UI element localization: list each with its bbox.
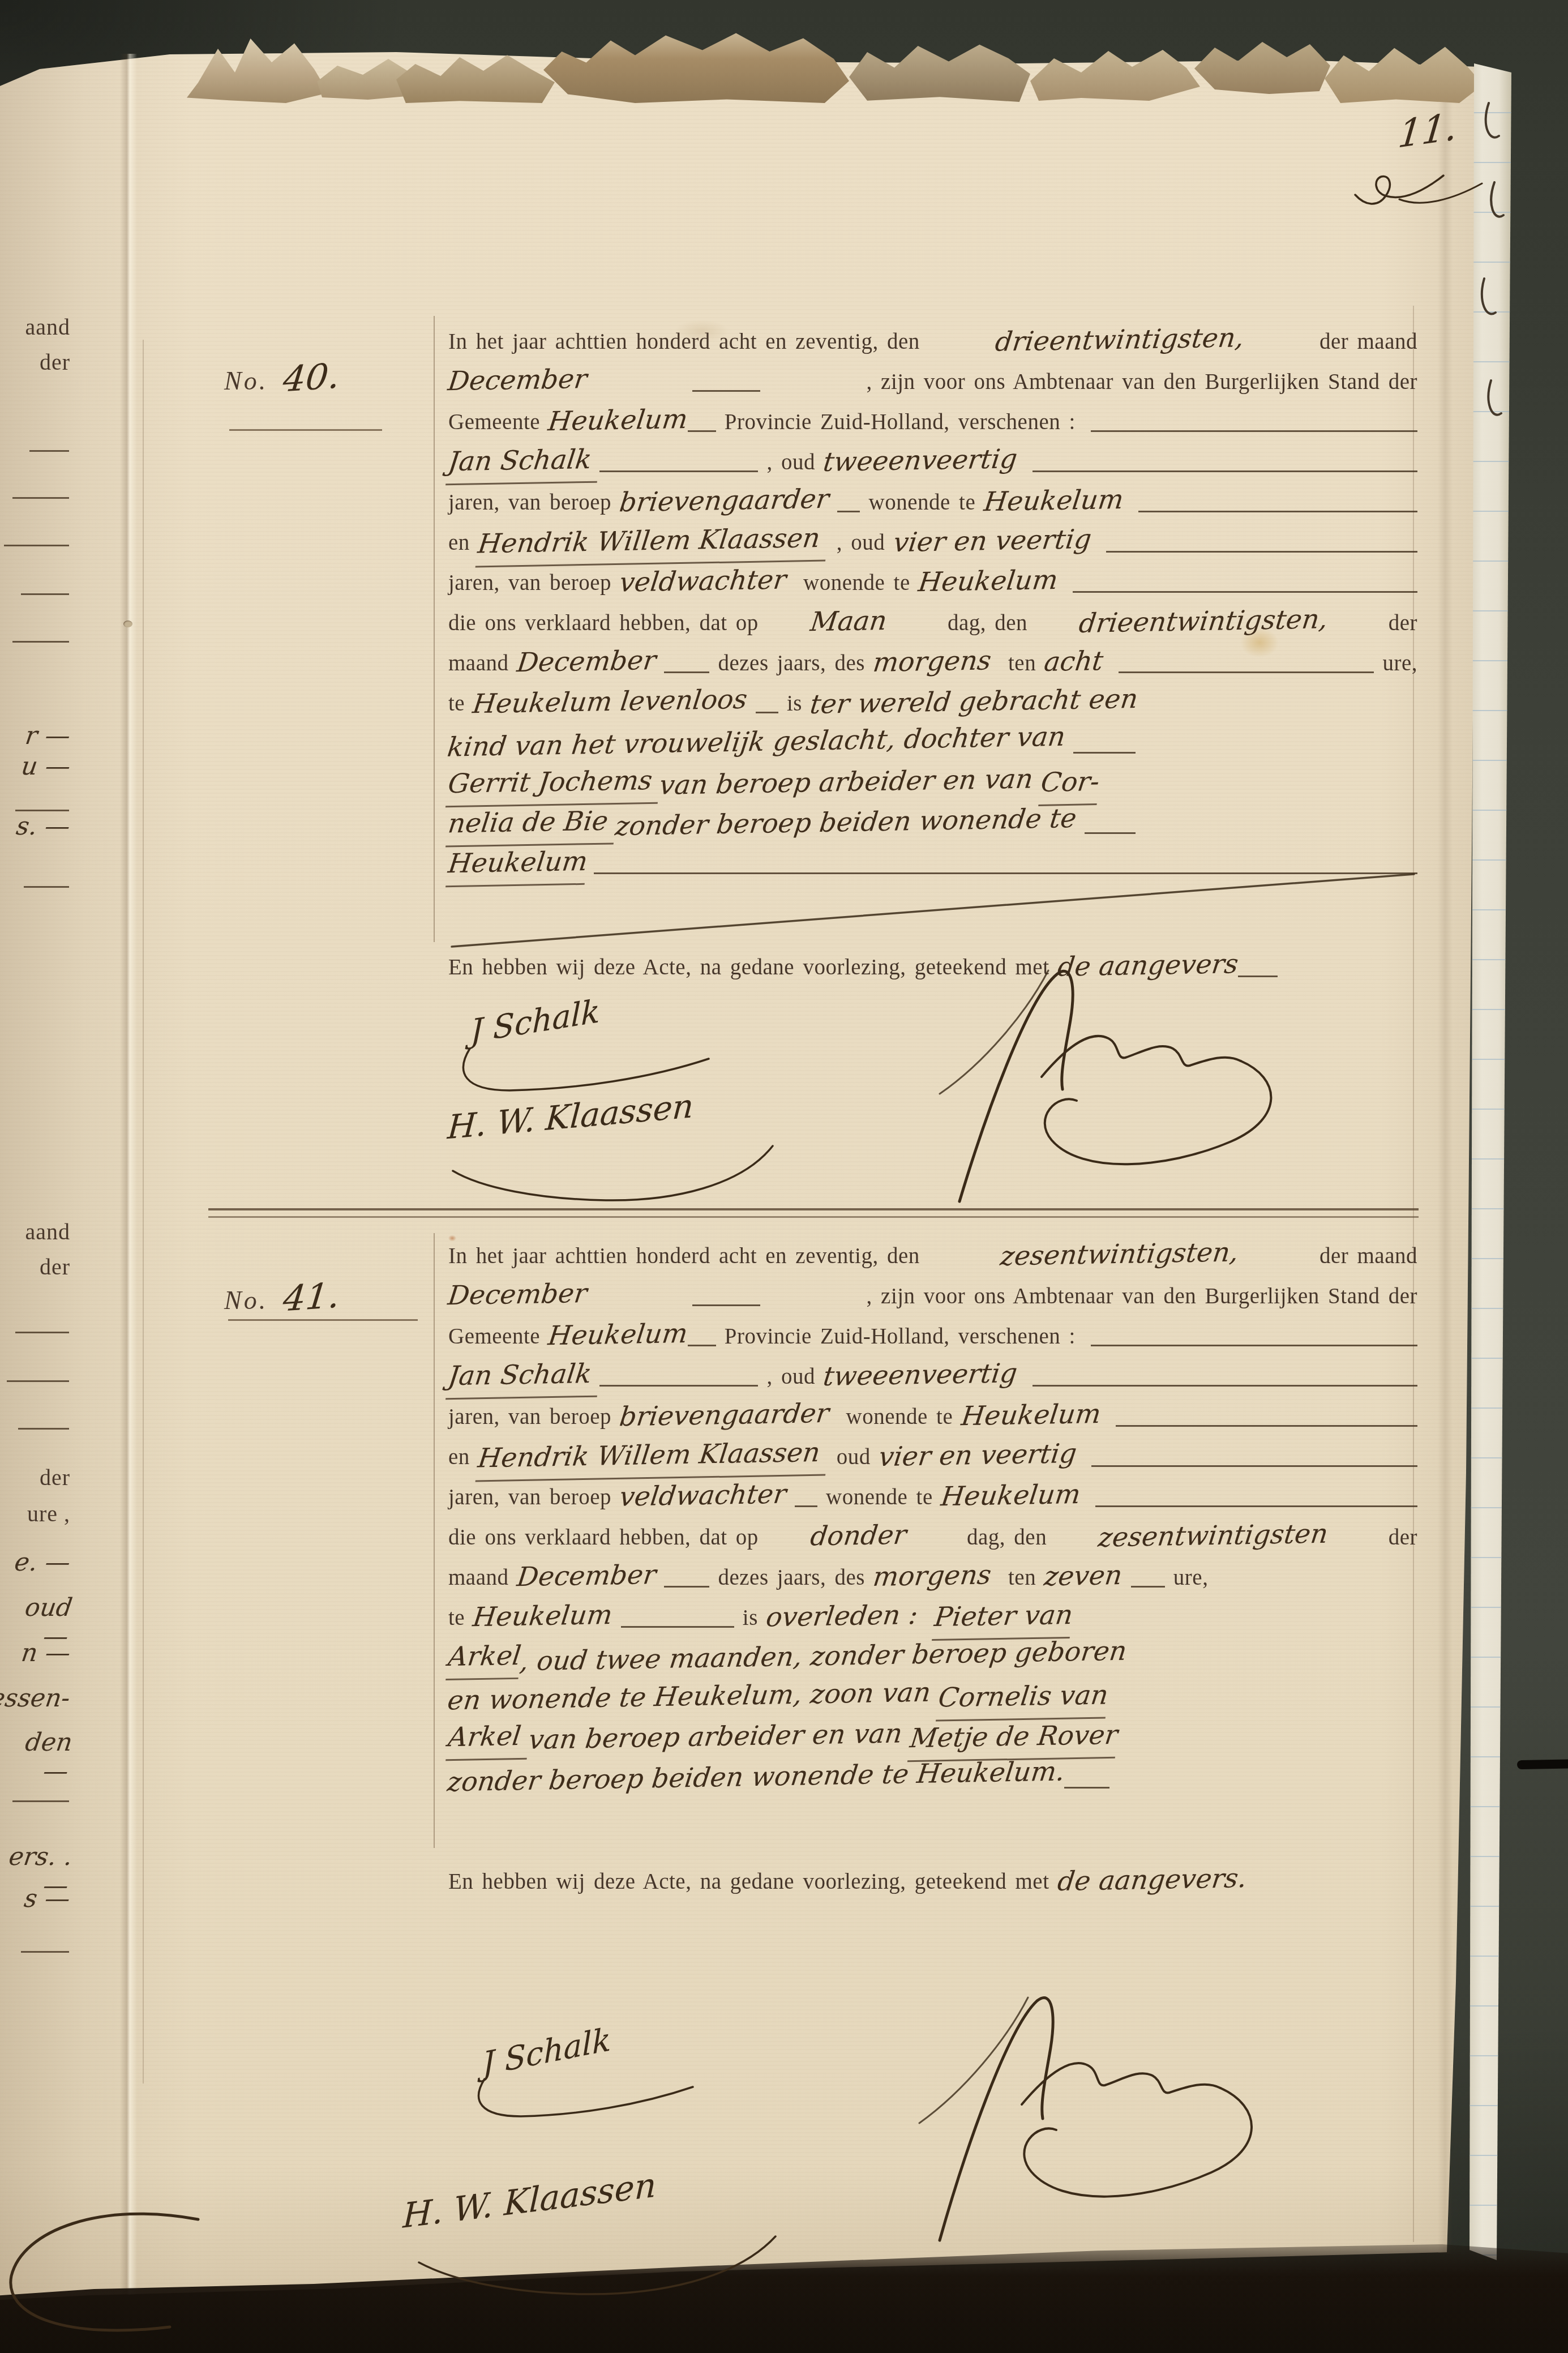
torn-paper-remnant <box>849 40 1030 102</box>
printed-text: oud <box>828 1437 880 1477</box>
fill-line <box>1091 1463 1417 1467</box>
printed-text: der maand <box>1311 1236 1417 1276</box>
record-entry-41: In het jaar achttien honderd acht en zev… <box>448 1234 1417 1797</box>
form-line: maand December dezes jaars, des morgens … <box>448 641 1417 682</box>
fill-line <box>756 709 778 713</box>
form-line: Jan Schalk , oud tweeenveertig <box>448 1355 1417 1395</box>
printed-text: dag, den <box>939 603 1036 643</box>
right-crease <box>1438 68 1453 2253</box>
form-line: nelia de Bie zonder beroep beiden wonend… <box>448 802 1417 842</box>
printed-text: die ons verklaard hebben, dat op <box>448 603 767 643</box>
facing-page-text-fragments: aandderr —u —s. —aandderderure ,e. —oud … <box>0 0 74 2353</box>
fragment-fill-line <box>15 810 69 811</box>
handwritten-text: Heukelum <box>916 560 1069 603</box>
printed-text: jaren, van beroep <box>448 1477 620 1517</box>
handwritten-text: van beroep arbeider en van <box>657 759 1044 806</box>
page-number: 11. <box>1396 104 1459 157</box>
handwritten-text: Heukelum <box>546 399 691 442</box>
fragment-text: aand <box>25 314 70 340</box>
form-line: Gerrit Jochems van beroep arbeider en va… <box>448 762 1417 802</box>
handwritten-text: zonder beroep beiden wonende te <box>613 798 1087 846</box>
fill-line <box>795 1503 817 1507</box>
fragment: der <box>40 1253 70 1280</box>
form-line: December , zijn voor ons Ambtenaar van d… <box>448 360 1417 400</box>
entry41-closing-line: En hebben wij deze Acte, na gedane voorl… <box>448 1860 1417 1900</box>
binding-hole <box>123 621 132 627</box>
book-scan: { "page_number": "11.", "entries": [ { "… <box>0 0 1568 2353</box>
fill-line <box>1095 1503 1417 1507</box>
fill-line <box>1138 508 1417 512</box>
form-line: en wonende te Heukelum, zoon van Corneli… <box>448 1676 1417 1717</box>
form-line: jaren, van beroep brievengaarder wonende… <box>448 1395 1417 1435</box>
printed-text: jaren, van beroep <box>448 482 620 523</box>
printed-text: ure, <box>1374 643 1417 683</box>
printed-text: der <box>1380 603 1417 643</box>
form-line: Arkel, oud twee maanden, zonder beroep g… <box>448 1636 1417 1676</box>
fragment: u — <box>22 752 70 781</box>
form-line: die ons verklaard hebben, dat op Maan da… <box>448 601 1417 641</box>
fill-line <box>1116 1423 1417 1427</box>
fill-line <box>1033 1383 1417 1387</box>
adjacent-page-ink <box>1470 63 1511 460</box>
fragment-text: s — <box>23 1884 72 1913</box>
fragment-text: der <box>40 349 70 375</box>
printed-text: dezes jaars, des <box>709 643 873 683</box>
fragment-text: n — <box>19 1638 72 1667</box>
fill-line <box>692 1302 760 1306</box>
witness2-signature-flourish <box>396 2228 792 2302</box>
fill-line <box>1073 750 1136 754</box>
printed-text: , oud <box>758 442 824 482</box>
fragment-fill-line <box>15 1332 69 1333</box>
handwritten-text: Jan Schalk <box>445 1354 602 1400</box>
entry-number-value: 40. <box>281 355 342 400</box>
form-line: die ons verklaard hebben, dat op donder … <box>448 1516 1417 1556</box>
handwritten-text: Heukelum <box>982 480 1134 523</box>
fragment: aand <box>25 1218 70 1245</box>
printed-text: , zijn voor ons Ambtenaar van den Burger… <box>858 362 1417 402</box>
fragment-text: aand <box>25 1219 70 1244</box>
form-line: en Hendrik Willem Klaassen oud vier en v… <box>448 1435 1417 1475</box>
fill-line <box>1091 428 1417 432</box>
torn-paper-remnant <box>1194 37 1330 94</box>
printed-text: te <box>448 1598 473 1638</box>
form-line: Jan Schalk , oud tweeenveertig <box>448 440 1417 481</box>
fill-line <box>692 388 760 392</box>
printed-text: wonende te <box>817 1477 941 1517</box>
fragment-fill-line <box>12 1800 69 1802</box>
printed-text: jaren, van beroep <box>448 563 620 603</box>
fragment-text: iessen- <box>0 1684 72 1713</box>
handwritten-text: Heukelum <box>959 1394 1112 1437</box>
handwritten-text: vier en veertig <box>891 519 1102 563</box>
torn-paper-remnant <box>1325 42 1483 103</box>
printed-text: maand <box>448 643 517 683</box>
entry41-left-rule <box>434 1233 435 1848</box>
handwritten-text: drieentwintigsten, <box>993 318 1246 362</box>
printed-text: Provincie Zuid-Holland, verschenen : <box>716 402 1085 442</box>
fragment-text: r — <box>23 721 72 750</box>
fragment: r — <box>25 721 70 750</box>
fill-line <box>1033 468 1417 472</box>
adjacent-page-edge <box>1470 63 1511 2260</box>
fill-line <box>688 1342 716 1346</box>
printed-text: te <box>448 683 473 724</box>
fill-line <box>1091 1342 1417 1346</box>
handwritten-text: Cornelis van <box>936 1675 1111 1721</box>
fill-line <box>1073 589 1417 593</box>
form-line: maand December dezes jaars, des morgens … <box>448 1556 1417 1596</box>
fragment-text: ure , <box>27 1501 70 1526</box>
fragment-fill-line <box>4 545 69 546</box>
fill-line <box>664 1584 709 1588</box>
witness2-signature-flourish <box>436 1138 787 1206</box>
printed-text: die ons verklaard hebben, dat op <box>448 1517 767 1558</box>
entry41-text: In het jaar achttien honderd acht en zev… <box>448 1234 1417 1797</box>
fragment-text: den — <box>0 1728 74 1786</box>
printed-text: der maand <box>1311 322 1417 362</box>
fill-line <box>688 428 716 432</box>
handwritten-text: overleden : <box>764 1594 937 1637</box>
printed-text: Gemeente <box>448 402 549 442</box>
gutter-crease <box>120 54 137 2295</box>
printed-text: wonende te <box>795 563 919 603</box>
handwritten-text: Heukelum <box>939 1474 1091 1517</box>
handwritten-text: brievengaarder <box>618 1393 841 1438</box>
printed-text: En hebben wij deze Acte, na gedane voorl… <box>448 1862 1058 1902</box>
printed-text: maand <box>448 1558 517 1598</box>
handwritten-text: December <box>445 359 598 402</box>
facing-page-rule <box>143 340 144 2084</box>
fragment-fill-line <box>21 593 69 595</box>
printed-text: en <box>448 523 478 563</box>
handwritten-text: de aangevers. <box>1055 1858 1249 1902</box>
registrar-signature <box>906 958 1336 1207</box>
form-line: Gemeente Heukelum Provincie Zuid-Holland… <box>448 400 1417 440</box>
fill-line <box>837 508 860 512</box>
handwritten-text: Heukelum levenloos <box>470 679 758 725</box>
backing-slit <box>1517 1759 1568 1769</box>
no-label: No. <box>224 366 268 395</box>
handwritten-text: morgens <box>871 1555 1003 1597</box>
printed-text: In het jaar achttien honderd acht en zev… <box>448 322 928 362</box>
fragment: n — <box>22 1638 70 1667</box>
handwritten-text: Gerrit Jochems <box>445 760 663 808</box>
fill-line <box>1119 669 1374 673</box>
form-line: jaren, van beroep brievengaarder wonende… <box>448 481 1417 521</box>
entry40-left-rule <box>434 316 435 942</box>
entry-divider-rule <box>208 1216 1419 1218</box>
printed-text: der <box>1380 1517 1417 1558</box>
form-line: zonder beroep beiden wonende te Heukelum… <box>448 1757 1417 1797</box>
torn-paper-remnant <box>543 29 849 103</box>
printed-text: wonende te <box>837 1397 961 1437</box>
handwritten-text: van beroep arbeider en van <box>526 1713 913 1760</box>
handwritten-text: tweeenveertig <box>821 439 1029 482</box>
printed-text: Provincie Zuid-Holland, verschenen : <box>716 1316 1085 1357</box>
fragment-fill-line <box>29 450 69 452</box>
registrar-signature <box>883 1983 1313 2249</box>
entry40-text: In het jaar achttien honderd acht en zev… <box>448 320 1417 883</box>
form-line: jaren, van beroep veldwachter wonende te… <box>448 561 1417 601</box>
handwritten-text: December <box>515 640 667 683</box>
fragment-fill-line <box>7 1380 69 1382</box>
torn-paper-remnant <box>187 35 328 103</box>
form-line: En hebben wij deze Acte, na gedane voorl… <box>448 1860 1417 1900</box>
fill-line <box>664 669 709 673</box>
handwritten-text: veldwachter <box>618 1474 798 1517</box>
printed-text: ten <box>1000 1558 1045 1598</box>
handwritten-text: Arkel <box>445 1716 532 1761</box>
handwritten-text: Arkel <box>445 1636 524 1680</box>
fragment-text: s. — <box>15 812 72 841</box>
printed-text: In het jaar achttien honderd acht en zev… <box>448 1236 928 1276</box>
entry-number-value: 41. <box>281 1274 342 1320</box>
handwritten-text: Heukelum <box>471 1595 624 1638</box>
paraph-mark <box>1347 152 1494 220</box>
form-line: en Hendrik Willem Klaassen , oud vier en… <box>448 521 1417 561</box>
handwritten-text: Maan <box>808 601 898 643</box>
handwritten-text: donder <box>808 1515 917 1556</box>
fragment: den — <box>0 1728 70 1786</box>
printed-text: is <box>734 1598 767 1638</box>
entry-number-40: No.40. <box>220 346 340 398</box>
handwritten-text: drieentwintigsten, <box>1077 599 1339 644</box>
form-line: Gemeente Heukelum Provincie Zuid-Holland… <box>448 1315 1417 1355</box>
printed-text: , zijn voor ons Ambtenaar van den Burger… <box>858 1276 1417 1316</box>
fragment-text: u — <box>19 752 72 781</box>
printed-text: Gemeente <box>448 1316 549 1357</box>
form-line: te Heukelum levenloos is ter wereld gebr… <box>448 682 1417 722</box>
printed-text: ten <box>1000 643 1045 683</box>
fragment-fill-line <box>12 497 69 499</box>
fill-line <box>621 1624 734 1628</box>
handwritten-text: tweeenveertig <box>821 1353 1029 1397</box>
form-line: In het jaar achttien honderd acht en zev… <box>448 1234 1417 1274</box>
handwritten-text: December <box>445 1273 598 1316</box>
record-entry-40: In het jaar achttien honderd acht en zev… <box>448 320 1417 883</box>
torn-paper-remnant <box>1030 44 1200 101</box>
fragment: aand <box>25 314 70 340</box>
fragment: ure , <box>27 1500 70 1527</box>
handwritten-text: brievengaarder <box>618 479 841 523</box>
fragment: e. — <box>15 1548 70 1577</box>
fragment-fill-line <box>21 1951 69 1953</box>
printed-text: en <box>448 1437 478 1477</box>
fragment-text: der <box>40 1465 70 1490</box>
fragment-text: e. — <box>12 1548 72 1577</box>
handwritten-text: zeven <box>1042 1555 1133 1597</box>
entry-number-underline <box>228 1319 418 1321</box>
handwritten-text: Heukelum <box>546 1314 691 1356</box>
handwritten-text: morgens <box>871 640 1003 683</box>
printed-text: , oud <box>758 1357 824 1397</box>
form-line: In het jaar achttien honderd acht en zev… <box>448 320 1417 360</box>
handwritten-text: Jan Schalk <box>445 439 602 486</box>
fragment-fill-line <box>18 1428 69 1430</box>
fill-line <box>1131 1584 1165 1588</box>
form-line: December , zijn voor ons Ambtenaar van d… <box>448 1274 1417 1315</box>
fill-line <box>1064 1785 1109 1789</box>
printed-text: jaren, van beroep <box>448 1397 620 1437</box>
printed-text: ure, <box>1165 1558 1209 1598</box>
handwritten-text: zesentwintigsten <box>1096 1513 1339 1558</box>
printed-text: wonende te <box>860 482 984 523</box>
witness1-signature-flourish <box>464 2076 702 2127</box>
fragment: s. — <box>16 812 70 841</box>
form-line: kind van het vrouwelijk geslacht, dochte… <box>448 722 1417 762</box>
fill-line <box>1106 549 1417 553</box>
entry-number-41: No.41. <box>220 1266 340 1317</box>
fragment-text: der <box>40 1254 70 1280</box>
fragment: der <box>40 1464 70 1491</box>
fragment-fill-line <box>12 641 69 643</box>
fragment-fill-line <box>24 886 69 888</box>
handwritten-text: nelia de Bie <box>445 801 619 847</box>
form-line: te Heukelum is overleden : Pieter van <box>448 1596 1417 1636</box>
handwritten-text: December <box>515 1555 667 1598</box>
fill-line <box>599 468 758 472</box>
form-line: jaren, van beroep veldwachter wonende te… <box>448 1475 1417 1516</box>
printed-text: dag, den <box>958 1517 1056 1558</box>
printed-text: , oud <box>828 523 894 563</box>
handwritten-text: veldwachter <box>618 559 798 602</box>
handwritten-text: acht <box>1042 641 1114 682</box>
fill-line <box>599 1383 758 1387</box>
fill-line <box>1085 830 1136 834</box>
no-label: No. <box>224 1286 268 1315</box>
fragment: iessen- <box>0 1684 70 1713</box>
handwritten-text: zesentwintigsten, <box>998 1232 1241 1276</box>
printed-text: dezes jaars, des <box>709 1558 873 1598</box>
entry-number-underline <box>229 429 382 431</box>
form-line: Arkel van beroep arbeider en van Metje d… <box>448 1717 1417 1757</box>
printed-text: is <box>778 683 811 724</box>
entry-divider-rule <box>208 1208 1419 1210</box>
fragment: der <box>40 349 70 375</box>
fragment: s — <box>24 1884 70 1913</box>
handwritten-text: vier en veertig <box>876 1434 1087 1477</box>
diagonal-filler-line <box>448 861 1417 957</box>
